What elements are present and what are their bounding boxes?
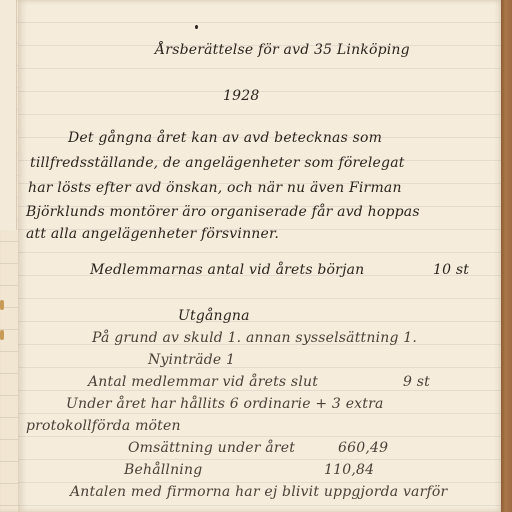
document-title: Årsberättelse för avd 35 Linköping [155, 42, 410, 58]
paragraph-line: Det gångna året kan av avd betecknas som [68, 130, 382, 146]
closing-line: Antalen med firmorna har ej blivit uppgj… [70, 484, 447, 500]
balance-value: 110,84 [324, 462, 374, 478]
members-end-label: Antal medlemmar vid årets slut [88, 374, 318, 390]
meetings-line: protokollförda möten [26, 418, 181, 434]
book-cover-edge [501, 0, 512, 512]
members-start-label: Medlemmarnas antal vid årets början [90, 262, 364, 278]
turnover-label: Omsättning under året [128, 440, 295, 456]
ink-dot [195, 25, 198, 29]
departures-line: På grund av skuld 1. annan sysselsättnin… [92, 330, 417, 346]
page-tab [0, 0, 17, 230]
meetings-line: Under året har hållits 6 ordinarie + 3 e… [66, 396, 384, 412]
balance-label: Behållning [124, 462, 202, 478]
paragraph-line: att alla angelägenheter försvinner. [26, 226, 279, 242]
departures-heading: Utgångna [178, 308, 250, 324]
closing-line: ... [28, 504, 42, 512]
paragraph-line: har lösts efter avd önskan, och när nu ä… [28, 180, 402, 196]
members-start-value: 10 st [433, 262, 469, 278]
document-year: 1928 [223, 88, 259, 104]
manuscript-page: Årsberättelse för avd 35 Linköping 1928 … [18, 0, 501, 512]
turnover-value: 660,49 [338, 440, 388, 456]
binding-thread [0, 300, 4, 310]
binding-thread [0, 330, 4, 340]
new-entries-line: Nyinträde 1 [148, 352, 235, 368]
paragraph-line: Björklunds montörer äro organiserade får… [26, 204, 420, 220]
members-end-value: 9 st [403, 374, 430, 390]
paragraph-line: tillfredsställande, de angelägenheter so… [30, 155, 405, 171]
